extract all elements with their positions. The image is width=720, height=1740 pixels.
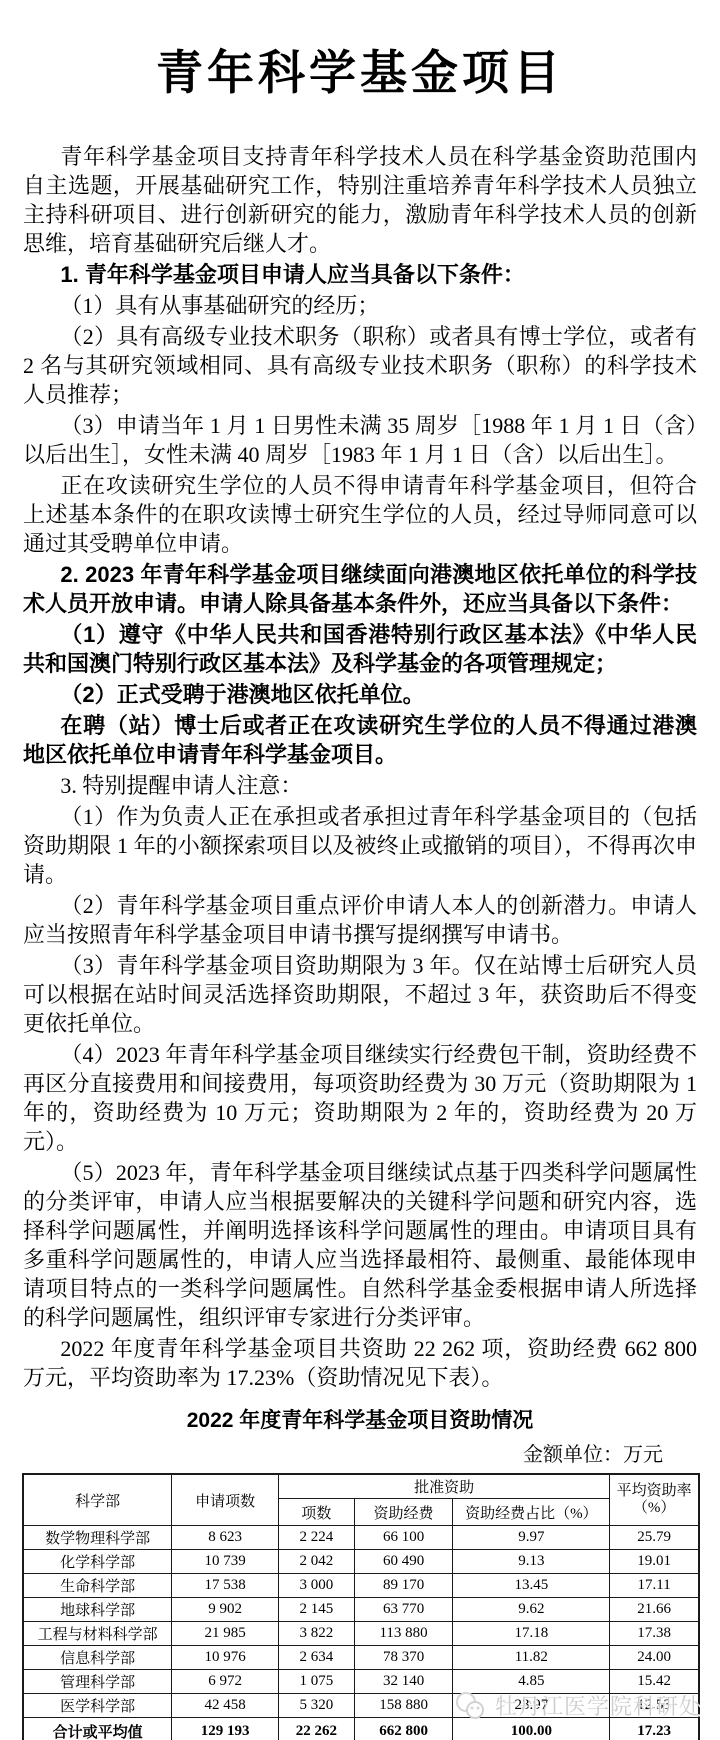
table-cell: 13.45 bbox=[453, 1574, 610, 1598]
table-cell: 9.62 bbox=[453, 1598, 610, 1622]
table-cell: 6 972 bbox=[172, 1670, 279, 1694]
table-cell: 60 490 bbox=[354, 1550, 453, 1574]
table-cell: 管理科学部 bbox=[23, 1670, 172, 1694]
paragraph: 青年科学基金项目支持青年科学技术人员在科学基金资助范围内自主选题，开展基础研究工… bbox=[23, 142, 697, 258]
paragraph: （1）作为负责人正在承担或者承担过青年科学基金项目的（包括资助期限 1 年的小额… bbox=[23, 802, 697, 889]
table-cell: 1 075 bbox=[279, 1670, 355, 1694]
table-cell: 9 902 bbox=[172, 1598, 279, 1622]
table-cell: 信息科学部 bbox=[23, 1646, 172, 1670]
table-cell: 21 985 bbox=[172, 1622, 279, 1646]
table-cell: 78 370 bbox=[354, 1646, 453, 1670]
paragraph-hk-macau-heading: 2. 2023 年青年科学基金项目继续面向港澳地区依托单位的科学技术人员开放申请… bbox=[23, 560, 697, 618]
table-row: 生命科学部17 5383 00089 17013.4517.11 bbox=[23, 1574, 699, 1598]
col-header-applications: 申请项数 bbox=[172, 1474, 279, 1526]
paragraph: （2）青年科学基金项目重点评价申请人本人的创新潜力。申请人应当按照青年科学基金项… bbox=[23, 891, 697, 949]
table-cell: 工程与材料科学部 bbox=[23, 1622, 172, 1646]
table-cell: 2 145 bbox=[279, 1598, 355, 1622]
table-cell: 合计或平均值 bbox=[23, 1718, 172, 1740]
table-cell: 2 224 bbox=[279, 1526, 355, 1550]
col-header-approved-group: 批准资助 bbox=[279, 1474, 610, 1499]
table-cell: 32 140 bbox=[354, 1670, 453, 1694]
watermark-logo-icon bbox=[454, 1691, 488, 1721]
document-page: 青年科学基金项目 青年科学基金项目支持青年科学技术人员在科学基金资助范围内自主选… bbox=[0, 0, 720, 1740]
table-cell: 63 770 bbox=[354, 1598, 453, 1622]
paragraph: （5）2023 年，青年科学基金项目继续试点基于四类科学问题属性的分类评审，申请… bbox=[23, 1158, 697, 1332]
table-cell: 5 320 bbox=[279, 1694, 355, 1718]
table-row: 地球科学部9 9022 14563 7709.6221.66 bbox=[23, 1598, 699, 1622]
table-cell: 17 538 bbox=[172, 1574, 279, 1598]
table-cell: 8 623 bbox=[172, 1526, 279, 1550]
table-footer: 合计或平均值 129 193 22 262 662 800 100.00 17.… bbox=[23, 1718, 699, 1740]
table-cell: 662 800 bbox=[354, 1718, 453, 1740]
col-header-approved-count: 项数 bbox=[279, 1499, 355, 1526]
table-cell: 化学科学部 bbox=[23, 1550, 172, 1574]
page-title: 青年科学基金项目 bbox=[0, 0, 720, 102]
table-cell: 10 976 bbox=[172, 1646, 279, 1670]
paragraph-notice-heading: 3. 特别提醒申请人注意： bbox=[23, 771, 697, 800]
table-cell: 医学科学部 bbox=[23, 1694, 172, 1718]
paragraph: （1）具有从事基础研究的经历； bbox=[23, 291, 697, 320]
table-row: 数学物理科学部8 6232 22466 1009.9725.79 bbox=[23, 1526, 699, 1550]
col-header-approved-funding: 资助经费 bbox=[354, 1499, 453, 1526]
table-cell: 地球科学部 bbox=[23, 1598, 172, 1622]
table-cell: 数学物理科学部 bbox=[23, 1526, 172, 1550]
col-header-funding-share: 资助经费占比（%） bbox=[453, 1499, 610, 1526]
table-cell: 24.00 bbox=[610, 1646, 699, 1670]
paragraph: （2）正式受聘于港澳地区依托单位。 bbox=[23, 680, 697, 709]
paragraph: （3）青年科学基金项目资助期限为 3 年。仅在站博士后研究人员可以根据在站时间灵… bbox=[23, 951, 697, 1038]
paragraph: （2）具有高级专业技术职务（职称）或者具有博士学位，或者有 2 名与其研究领域相… bbox=[23, 322, 697, 409]
table-row: 信息科学部10 9762 63478 37011.8224.00 bbox=[23, 1646, 699, 1670]
paragraph: 在聘（站）博士后或者正在攻读研究生学位的人员不得通过港澳地区依托单位申请青年科学… bbox=[23, 711, 697, 769]
table-cell: 3 000 bbox=[279, 1574, 355, 1598]
unit-note: 金额单位：万元 bbox=[0, 1443, 663, 1467]
table-cell: 生命科学部 bbox=[23, 1574, 172, 1598]
table-cell: 9.13 bbox=[453, 1550, 610, 1574]
table-cell: 10 739 bbox=[172, 1550, 279, 1574]
paragraph-summary: 2022 年度青年科学基金项目共资助 22 262 项，资助经费 662 800… bbox=[23, 1334, 697, 1392]
table-row: 化学科学部10 7392 04260 4909.1319.01 bbox=[23, 1550, 699, 1574]
paragraph: （3）申请当年 1 月 1 日男性未满 35 周岁［1988 年 1 月 1 日… bbox=[23, 411, 697, 469]
table-title: 2022 年度青年科学基金项目资助情况 bbox=[0, 1408, 720, 1434]
table-cell: 11.82 bbox=[453, 1646, 610, 1670]
col-header-avg-rate: 平均资助率（%） bbox=[610, 1474, 699, 1526]
paragraph: 正在攻读研究生学位的人员不得申请青年科学基金项目，但符合上述基本条件的在职攻读博… bbox=[23, 471, 697, 558]
table-row: 工程与材料科学部21 9853 822113 88017.1817.38 bbox=[23, 1622, 699, 1646]
col-header-department: 科学部 bbox=[23, 1474, 172, 1526]
table-cell: 17.11 bbox=[610, 1574, 699, 1598]
table-cell: 17.18 bbox=[453, 1622, 610, 1646]
paragraph: （1）遵守《中华人民共和国香港特别行政区基本法》《中华人民共和国澳门特别行政区基… bbox=[23, 620, 697, 678]
table-cell: 2 634 bbox=[279, 1646, 355, 1670]
table-cell: 100.00 bbox=[453, 1718, 610, 1740]
paragraph: （4）2023 年青年科学基金项目继续实行经费包干制，资助经费不再区分直接费用和… bbox=[23, 1040, 697, 1156]
table-cell: 158 880 bbox=[354, 1694, 453, 1718]
watermark: 牡丹江医学院科研处 bbox=[454, 1690, 702, 1721]
table-header: 科学部 申请项数 批准资助 平均资助率（%） 项数 资助经费 资助经费占比（%） bbox=[23, 1474, 699, 1526]
table-cell: 42 458 bbox=[172, 1694, 279, 1718]
total-row: 合计或平均值 129 193 22 262 662 800 100.00 17.… bbox=[23, 1718, 699, 1740]
col-header-avg-rate-line2: （%） bbox=[633, 1500, 676, 1516]
col-header-avg-rate-line1: 平均资助率 bbox=[617, 1483, 692, 1499]
table-cell: 2 042 bbox=[279, 1550, 355, 1574]
table-cell: 21.66 bbox=[610, 1598, 699, 1622]
watermark-text: 牡丹江医学院科研处 bbox=[495, 1690, 702, 1721]
table-cell: 3 822 bbox=[279, 1622, 355, 1646]
table-cell: 25.79 bbox=[610, 1526, 699, 1550]
table-cell: 17.23 bbox=[610, 1718, 699, 1740]
table-cell: 89 170 bbox=[354, 1574, 453, 1598]
table-cell: 17.38 bbox=[610, 1622, 699, 1646]
table-cell: 19.01 bbox=[610, 1550, 699, 1574]
document-body: 青年科学基金项目支持青年科学技术人员在科学基金资助范围内自主选题，开展基础研究工… bbox=[23, 142, 697, 1392]
table-cell: 129 193 bbox=[172, 1718, 279, 1740]
paragraph-condition-heading: 1. 青年科学基金项目申请人应当具备以下条件： bbox=[23, 260, 697, 289]
table-cell: 22 262 bbox=[279, 1718, 355, 1740]
table-cell: 113 880 bbox=[354, 1622, 453, 1646]
table-cell: 9.97 bbox=[453, 1526, 610, 1550]
table-cell: 66 100 bbox=[354, 1526, 453, 1550]
